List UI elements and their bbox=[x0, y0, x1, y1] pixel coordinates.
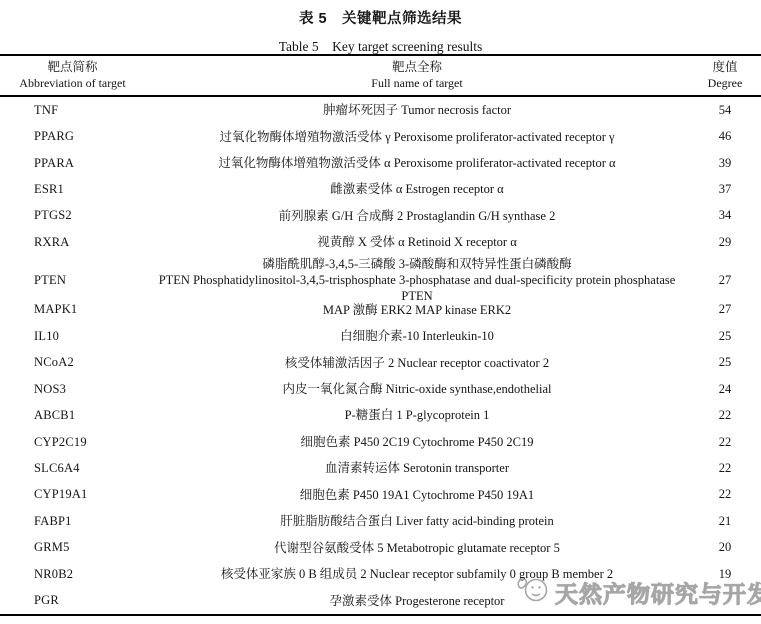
target-full-name: P-糖蛋白 1 P-glycoprotein 1 bbox=[145, 407, 689, 423]
target-full-name: 孕激素受体 Progesterone receptor bbox=[145, 593, 689, 609]
table-row: RXRA 视黄醇 X 受体 α Retinoid X receptor α 29 bbox=[0, 229, 761, 255]
col-header-degree-zh: 度值 bbox=[689, 60, 761, 76]
target-full-name: MAP 激酶 ERK2 MAP kinase ERK2 bbox=[145, 302, 689, 318]
target-full-name-cell: 视黄醇 X 受体 α Retinoid X receptor α bbox=[145, 234, 689, 250]
target-degree: 34 bbox=[689, 208, 761, 223]
table-row: NR0B2 核受体亚家族 0 B 组成员 2 Nuclear receptor … bbox=[0, 561, 761, 587]
target-abbreviation: NOS3 bbox=[0, 382, 145, 397]
target-full-name: 白细胞介素-10 Interleukin-10 bbox=[145, 328, 689, 344]
target-full-name-cell: 孕激素受体 Progesterone receptor bbox=[145, 593, 689, 609]
target-full-name-cell: 肝脏脂肪酸结合蛋白 Liver fatty acid-binding prote… bbox=[145, 513, 689, 529]
target-full-name: 细胞色素 P450 19A1 Cytochrome P450 19A1 bbox=[145, 487, 689, 503]
col-header-abbreviation-zh: 靶点简称 bbox=[0, 60, 145, 76]
target-abbreviation: CYP19A1 bbox=[0, 487, 145, 502]
target-degree: 19 bbox=[689, 567, 761, 582]
table-row: CYP19A1 细胞色素 P450 19A1 Cytochrome P450 1… bbox=[0, 482, 761, 508]
target-abbreviation: SLC6A4 bbox=[0, 461, 145, 476]
target-full-name-cell: 核受体亚家族 0 B 组成员 2 Nuclear receptor subfam… bbox=[145, 566, 689, 582]
target-full-name-cell: 白细胞介素-10 Interleukin-10 bbox=[145, 328, 689, 344]
target-abbreviation: TNF bbox=[0, 103, 145, 118]
target-degree: 22 bbox=[689, 408, 761, 423]
col-header-degree-en: Degree bbox=[689, 76, 761, 91]
table-row: SLC6A4 血清素转运体 Serotonin transporter 22 bbox=[0, 455, 761, 481]
table-row: PTEN 磷脂酰肌醇-3,4,5-三磷酸 3-磷酸酶和双特异性蛋白磷酸酶PTEN… bbox=[0, 256, 761, 297]
col-header-abbreviation: 靶点简称 Abbreviation of target bbox=[0, 60, 145, 91]
target-full-name-cell: 核受体辅激活因子 2 Nuclear receptor coactivator … bbox=[145, 355, 689, 371]
target-abbreviation: ESR1 bbox=[0, 182, 145, 197]
target-abbreviation: NR0B2 bbox=[0, 567, 145, 582]
target-full-name: 过氧化物酶体增殖物激活受体 α Peroxisome proliferator-… bbox=[145, 155, 689, 171]
target-abbreviation: NCoA2 bbox=[0, 355, 145, 370]
target-full-name-cell: P-糖蛋白 1 P-glycoprotein 1 bbox=[145, 407, 689, 423]
target-full-name: 核受体亚家族 0 B 组成员 2 Nuclear receptor subfam… bbox=[145, 566, 689, 582]
table-title-en: Table 5 Key target screening results bbox=[0, 35, 761, 55]
target-degree: 22 bbox=[689, 435, 761, 450]
target-degree: 29 bbox=[689, 235, 761, 250]
table-row: ESR1 雌激素受体 α Estrogen receptor α 37 bbox=[0, 176, 761, 202]
target-full-name: 代谢型谷氨酸受体 5 Metabotropic glutamate recept… bbox=[145, 540, 689, 556]
target-full-name: 视黄醇 X 受体 α Retinoid X receptor α bbox=[145, 234, 689, 250]
target-abbreviation: PGR bbox=[0, 593, 145, 608]
col-header-degree: 度值 Degree bbox=[689, 60, 761, 91]
target-full-name-cell: 前列腺素 G/H 合成酶 2 Prostaglandin G/H synthas… bbox=[145, 208, 689, 224]
table-title-zh: 表 5 关键靶点筛选结果 bbox=[0, 0, 761, 28]
target-degree: 37 bbox=[689, 182, 761, 197]
target-degree: 25 bbox=[689, 329, 761, 344]
target-full-name-cell: 细胞色素 P450 2C19 Cytochrome P450 2C19 bbox=[145, 434, 689, 450]
target-full-name: 内皮一氧化氮合酶 Nitric-oxide synthase,endotheli… bbox=[145, 381, 689, 397]
table-row: PTGS2 前列腺素 G/H 合成酶 2 Prostaglandin G/H s… bbox=[0, 203, 761, 229]
target-abbreviation: MAPK1 bbox=[0, 302, 145, 317]
table-row: NOS3 内皮一氧化氮合酶 Nitric-oxide synthase,endo… bbox=[0, 376, 761, 402]
table-row: ABCB1 P-糖蛋白 1 P-glycoprotein 1 22 bbox=[0, 402, 761, 428]
table-row: FABP1 肝脏脂肪酸结合蛋白 Liver fatty acid-binding… bbox=[0, 508, 761, 534]
target-full-name: 过氧化物酶体增殖物激活受体 γ Peroxisome proliferator-… bbox=[145, 129, 689, 145]
table-row: NCoA2 核受体辅激活因子 2 Nuclear receptor coacti… bbox=[0, 349, 761, 375]
target-degree: 27 bbox=[689, 273, 761, 288]
table-row: PPARG 过氧化物酶体增殖物激活受体 γ Peroxisome prolife… bbox=[0, 123, 761, 149]
target-full-name: 肿瘤坏死因子 Tumor necrosis factor bbox=[145, 102, 689, 118]
target-abbreviation: PPARA bbox=[0, 156, 145, 171]
target-full-name-cell: 代谢型谷氨酸受体 5 Metabotropic glutamate recept… bbox=[145, 540, 689, 556]
target-full-name: 雌激素受体 α Estrogen receptor α bbox=[145, 181, 689, 197]
target-abbreviation: PPARG bbox=[0, 129, 145, 144]
target-full-name-cell: 过氧化物酶体增殖物激活受体 α Peroxisome proliferator-… bbox=[145, 155, 689, 171]
target-degree: 46 bbox=[689, 129, 761, 144]
table-header-row: 靶点简称 Abbreviation of target 靶点全称 Full na… bbox=[0, 56, 761, 97]
target-full-name: 细胞色素 P450 2C19 Cytochrome P450 2C19 bbox=[145, 434, 689, 450]
target-degree: 22 bbox=[689, 461, 761, 476]
target-degree: 20 bbox=[689, 540, 761, 555]
table-row: PPARA 过氧化物酶体增殖物激活受体 α Peroxisome prolife… bbox=[0, 150, 761, 176]
target-degree: 25 bbox=[689, 355, 761, 370]
col-header-fullname-zh: 靶点全称 bbox=[145, 60, 689, 76]
target-degree: 39 bbox=[689, 156, 761, 171]
table-body: TNF 肿瘤坏死因子 Tumor necrosis factor 54 PPAR… bbox=[0, 97, 761, 616]
target-abbreviation: ABCB1 bbox=[0, 408, 145, 423]
target-degree: 54 bbox=[689, 103, 761, 118]
target-full-name: 核受体辅激活因子 2 Nuclear receptor coactivator … bbox=[145, 355, 689, 371]
table-row: IL10 白细胞介素-10 Interleukin-10 25 bbox=[0, 323, 761, 349]
col-header-fullname: 靶点全称 Full name of target bbox=[145, 60, 689, 91]
target-degree: 21 bbox=[689, 514, 761, 529]
target-full-name: 肝脏脂肪酸结合蛋白 Liver fatty acid-binding prote… bbox=[145, 513, 689, 529]
target-full-name-cell: 细胞色素 P450 19A1 Cytochrome P450 19A1 bbox=[145, 487, 689, 503]
target-abbreviation: IL10 bbox=[0, 329, 145, 344]
target-full-name-cell: 内皮一氧化氮合酶 Nitric-oxide synthase,endotheli… bbox=[145, 381, 689, 397]
table-row: GRM5 代谢型谷氨酸受体 5 Metabotropic glutamate r… bbox=[0, 535, 761, 561]
table-row: TNF 肿瘤坏死因子 Tumor necrosis factor 54 bbox=[0, 97, 761, 123]
table-row: PGR 孕激素受体 Progesterone receptor bbox=[0, 587, 761, 613]
target-full-name: 磷脂酰肌醇-3,4,5-三磷酸 3-磷酸酶和双特异性蛋白磷酸酶 bbox=[145, 256, 689, 272]
target-abbreviation: PTEN bbox=[0, 273, 145, 288]
target-full-name-cell: 血清素转运体 Serotonin transporter bbox=[145, 460, 689, 476]
target-abbreviation: FABP1 bbox=[0, 514, 145, 529]
target-abbreviation: GRM5 bbox=[0, 540, 145, 555]
table-row: MAPK1 MAP 激酶 ERK2 MAP kinase ERK2 27 bbox=[0, 297, 761, 323]
col-header-abbreviation-en: Abbreviation of target bbox=[0, 76, 145, 91]
target-degree: 22 bbox=[689, 487, 761, 502]
target-abbreviation: PTGS2 bbox=[0, 208, 145, 223]
target-full-name-cell: 肿瘤坏死因子 Tumor necrosis factor bbox=[145, 102, 689, 118]
col-header-fullname-en: Full name of target bbox=[145, 76, 689, 91]
target-abbreviation: RXRA bbox=[0, 235, 145, 250]
table-row: CYP2C19 细胞色素 P450 2C19 Cytochrome P450 2… bbox=[0, 429, 761, 455]
target-degree: 24 bbox=[689, 382, 761, 397]
document-page: 表 5 关键靶点筛选结果 Table 5 Key target screenin… bbox=[0, 0, 761, 624]
target-full-name-cell: 雌激素受体 α Estrogen receptor α bbox=[145, 181, 689, 197]
target-degree: 27 bbox=[689, 302, 761, 317]
target-full-name: 血清素转运体 Serotonin transporter bbox=[145, 460, 689, 476]
key-target-table: 靶点简称 Abbreviation of target 靶点全称 Full na… bbox=[0, 54, 761, 616]
target-full-name-cell: MAP 激酶 ERK2 MAP kinase ERK2 bbox=[145, 302, 689, 318]
target-abbreviation: CYP2C19 bbox=[0, 435, 145, 450]
target-full-name-cell: 过氧化物酶体增殖物激活受体 γ Peroxisome proliferator-… bbox=[145, 129, 689, 145]
target-full-name: 前列腺素 G/H 合成酶 2 Prostaglandin G/H synthas… bbox=[145, 208, 689, 224]
